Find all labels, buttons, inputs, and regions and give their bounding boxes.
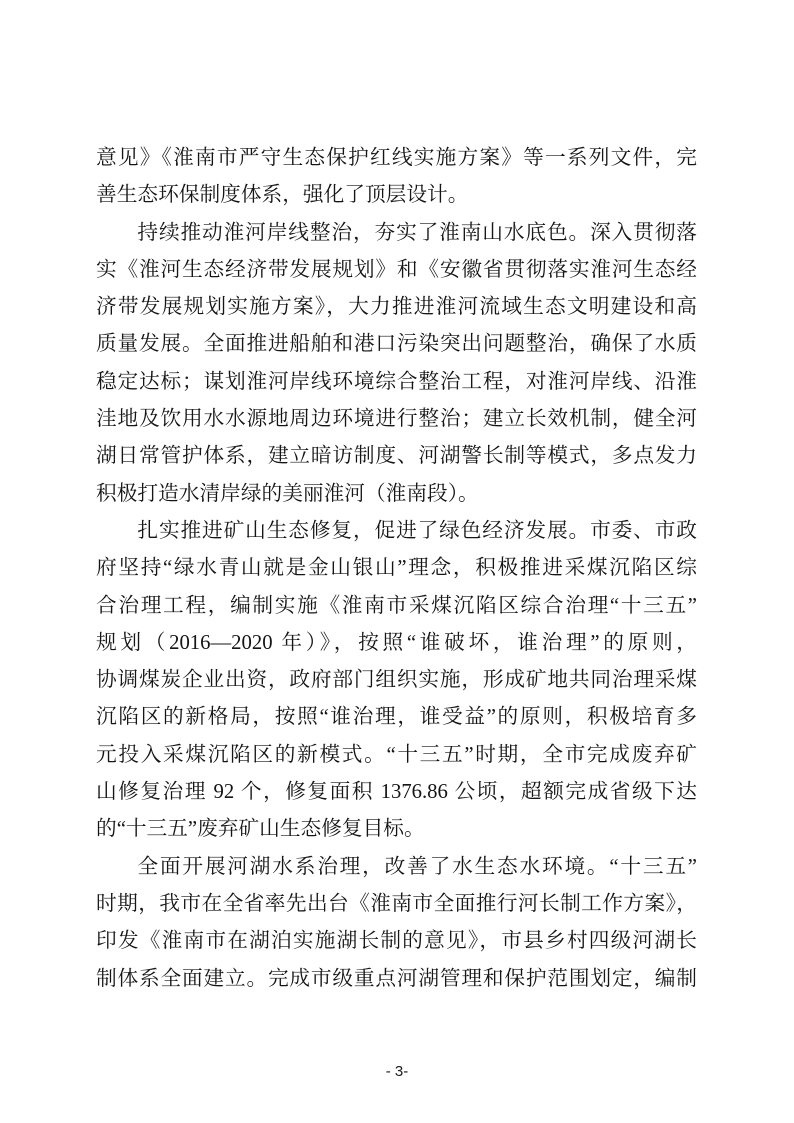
text-line: 的“十三五”废弃矿山生态修复目标。 — [96, 811, 697, 848]
document-body: 意见》《淮南市严守生态保护红线实施方案》等一系列文件，完善生态环保制度体系，强化… — [96, 140, 697, 998]
text-line: 全面开展河湖水系治理，改善了水生态水环境。“十三五” — [96, 849, 697, 886]
text-line: 印发《淮南市在湖泊实施湖长制的意见》，市县乡村四级河湖长 — [96, 923, 697, 960]
text-line: 合治理工程，编制实施《淮南市采煤沉陷区综合治理“十三五” — [96, 588, 697, 625]
text-line: 时期，我市在全省率先出台《淮南市全面推行河长制工作方案》， — [96, 886, 697, 923]
text-line: 山修复治理 92 个，修复面积 1376.86 公顷，超额完成省级下达 — [96, 774, 697, 811]
text-line: 元投入采煤沉陷区的新模式。“十三五”时期，全市完成废弃矿 — [96, 737, 697, 774]
text-line: 意见》《淮南市严守生态保护红线实施方案》等一系列文件，完 — [96, 140, 697, 177]
text-line: 善生态环保制度体系，强化了顶层设计。 — [96, 177, 697, 214]
text-line: 府坚持“绿水青山就是金山银山”理念，积极推进采煤沉陷区综 — [96, 550, 697, 587]
text-line: 积极打造水清岸绿的美丽淮河（淮南段）。 — [96, 476, 697, 513]
text-line: 扎实推进矿山生态修复，促进了绿色经济发展。市委、市政 — [96, 513, 697, 550]
text-line: 持续推动淮河岸线整治，夯实了淮南山水底色。深入贯彻落 — [96, 215, 697, 252]
text-line: 质量发展。全面推进船舶和港口污染突出问题整治，确保了水质 — [96, 326, 697, 363]
text-line: 协调煤炭企业出资，政府部门组织实施，形成矿地共同治理采煤 — [96, 662, 697, 699]
text-line: 湖日常管护体系，建立暗访制度、河湖警长制等模式，多点发力 — [96, 438, 697, 475]
text-line: 规划（2016—2020 年）》，按照“谁破坏，谁治理”的原则， — [96, 625, 697, 662]
text-line: 稳定达标；谋划淮河岸线环境综合整治工程，对淮河岸线、沿淮 — [96, 364, 697, 401]
text-line: 济带发展规划实施方案》，大力推进淮河流域生态文明建设和高 — [96, 289, 697, 326]
document-page: 意见》《淮南市严守生态保护红线实施方案》等一系列文件，完善生态环保制度体系，强化… — [0, 0, 794, 1123]
page-number: - 3- — [0, 1063, 794, 1080]
text-line: 洼地及饮用水水源地周边环境进行整治；建立长效机制，健全河 — [96, 401, 697, 438]
text-line: 实《淮河生态经济带发展规划》和《安徽省贯彻落实淮河生态经 — [96, 252, 697, 289]
text-line: 制体系全面建立。完成市级重点河湖管理和保护范围划定，编制 — [96, 961, 697, 998]
text-line: 沉陷区的新格局，按照“谁治理，谁受益”的原则，积极培育多 — [96, 699, 697, 736]
